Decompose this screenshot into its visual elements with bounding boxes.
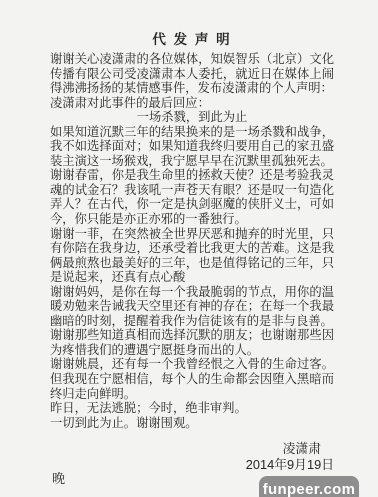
statement-paragraph: 谢谢那些知道真相而选择沉默的朋友；也谢谢那些因为疼惜我们的遭遇宁愿挺身而出的人。 xyxy=(50,328,334,357)
signature-block: 凌潇肃 2014年9月19日 xyxy=(50,441,334,472)
statement-text-block: 代 发 声 明 谢谢关心凌潇肃的各位媒体，知娱智乐（北京）文化传播有限公司受凌潇… xyxy=(50,31,334,472)
statement-paragraph: 谢谢妈妈，是你在每一个我最脆弱的节点，用你的温暖劝勉来告诫我天空里还有神的存在；… xyxy=(50,285,334,329)
statement-paragraph: 谢谢姚晨，还有每一个我曾经恨之入骨的生命过客。但我现在宁愿相信，每个人的生命都会… xyxy=(50,357,334,401)
statement-paragraph: 一切到此为止。谢谢围观。 xyxy=(50,416,334,431)
stray-character: 晚 xyxy=(52,468,65,487)
statement-paragraph: 昨日，无法逃脱；今时，绝非审判。 xyxy=(50,401,334,416)
signature-date: 2014年9月19日 xyxy=(50,457,334,473)
signature-name: 凌潇肃 xyxy=(50,441,334,457)
statement-paragraph: 谢谢春雷，你是我生命里的拯救天使？还是考验我灵魂的试金石？我该吼一声苍天有眼？还… xyxy=(50,168,334,226)
statement-paragraph: 一场杀戮，到此为止 xyxy=(50,110,334,125)
statement-paragraph: 谢谢关心凌潇肃的各位媒体，知娱智乐（北京）文化传播有限公司受凌潇肃本人委托，就近… xyxy=(50,52,334,96)
statement-title: 代 发 声 明 xyxy=(50,31,334,48)
watermark-badge: funpeer.com xyxy=(259,476,359,497)
statement-paragraph: 如果知道沉默三年的结果换来的是一场杀戮和战争，我不如选择面对；如果知道我终归要用… xyxy=(50,125,334,169)
statement-body: 谢谢关心凌潇肃的各位媒体，知娱智乐（北京）文化传播有限公司受凌潇肃本人委托，就近… xyxy=(50,52,334,430)
statement-paragraph: 凌潇肃对此事件的最后回应： xyxy=(50,96,334,111)
statement-document: 代 发 声 明 谢谢关心凌潇肃的各位媒体，知娱智乐（北京）文化传播有限公司受凌潇… xyxy=(0,0,378,497)
statement-paragraph: 谢谢一菲，在突然被全世界厌恶和抛弃的时光里，只有你陪在我身边，还承受着比我更大的… xyxy=(50,227,334,285)
